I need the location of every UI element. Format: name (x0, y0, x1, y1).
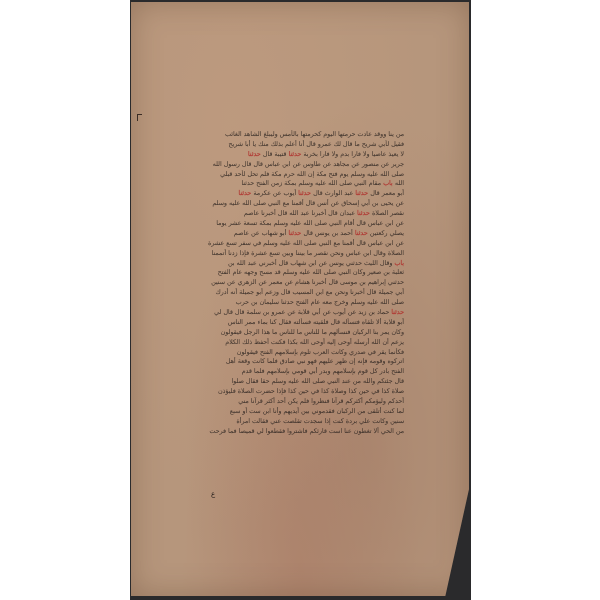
rubric-word: حدثنا (355, 230, 370, 237)
text-line: من ينا ووقد عادت حرمتها اليوم كحرمتها با… (194, 130, 404, 140)
text-line: لما كنت أتلقى من الركبان فقدموني بين أيد… (194, 407, 404, 417)
text-line: لا يعيذ عاصيا ولا فارا بدم ولا فارا بخرب… (194, 150, 404, 160)
text-line: الفتح بادر كل قوم بإسلامهم وبدر أبي قومي… (194, 367, 404, 377)
margin-mark (137, 114, 142, 121)
rubric-word: حدثنا (357, 210, 372, 217)
rubric-word: حدثنا (391, 309, 404, 316)
text-line: الله باب مقام النبي صلى الله عليه وسلم ب… (194, 179, 404, 189)
rubric-word: باب (383, 180, 395, 187)
text-line: عن يحيى بن أبي إسحاق عن أنس قال أقمنا مع… (194, 199, 404, 209)
text-line: صلاة كذا في حين كذا وصلاة كذا في حين كذا… (194, 387, 404, 397)
text-line: جرير عن منصور عن مجاهد عن طاوس عن ابن عب… (194, 160, 404, 170)
text-line: الصلاة وقال ابن عباس ونحن نقصر ما بيننا … (194, 249, 404, 259)
text-line: حدثني إبراهيم بن موسى قال أخبرنا هشام عن… (194, 278, 404, 288)
text-line: نقصر الصلاة حدثنا عبدان قال أخبرنا عبد ا… (194, 209, 404, 219)
rubric-word: حدثنا (248, 151, 263, 158)
rubric-word: حدثنا (288, 151, 303, 158)
text-line: صلى الله عليه وسلم وخرج معه عام الفتح حد… (194, 298, 404, 308)
text-line: من الحي ألا تغطون عنا است قارئكم فاشتروا… (194, 427, 404, 437)
text-line: فكأنما يقر في صدري وكانت العرب تلوم بإسل… (194, 348, 404, 358)
text-line: اتركوه وقومه فإنه إن ظهر عليهم فهو نبي ص… (194, 357, 404, 367)
text-line: وكان يمر بنا الركبان فنسألهم ما للناس ما… (194, 328, 404, 338)
text-line: سنين وكانت علي بردة كنت إذا سجدت تقلصت ع… (194, 417, 404, 427)
text-line: قال جئتكم والله من عند النبي صلى الله عل… (194, 377, 404, 387)
text-line: أبي جميلة قال أخبرنا ونحن مع ابن المسيب … (194, 288, 404, 298)
text-line: فقيل لأبي شريح ما قال لك عمرو قال أنا أع… (194, 140, 404, 150)
text-line: ثعلبة بن صعير وكان النبي صلى الله عليه و… (194, 268, 404, 278)
text-line: أحدكم وليؤمكم أكثركم قرآنا فنظروا فلم يك… (194, 397, 404, 407)
manuscript-text-block: من ينا ووقد عادت حرمتها اليوم كحرمتها با… (194, 130, 404, 437)
rubric-word: حدثنا (355, 190, 370, 197)
text-line: أبو معمر قال حدثنا عبد الوارث قال حدثنا … (194, 189, 404, 199)
text-line: حدثنا حماد بن زيد عن أيوب عن أبي قلابة ع… (194, 308, 404, 318)
text-line: عن ابن عباس قال أقام النبي صلى الله عليه… (194, 219, 404, 229)
rubric-word: حدثنا (298, 190, 313, 197)
catchword: ع (211, 490, 215, 498)
text-line: يزعم أن الله أرسله أوحى إليه أوحى الله ب… (194, 338, 404, 348)
text-line: باب وقال الليث حدثني يونس عن ابن شهاب قا… (194, 259, 404, 269)
text-line: يصلي ركعتين حدثنا أحمد بن يونس قال حدثنا… (194, 229, 404, 239)
manuscript-page: من ينا ووقد عادت حرمتها اليوم كحرمتها با… (131, 2, 469, 596)
rubric-word: حدثنا (238, 190, 253, 197)
text-line: صلى الله عليه وسلم يوم فتح مكة إن الله ح… (194, 170, 404, 180)
rubric-word: باب (394, 260, 404, 267)
text-line: أبو قلابة ألا تلقاه فتسأله قال فلقيته فس… (194, 318, 404, 328)
text-line: عن ابن عباس قال أقمنا مع النبي صلى الله … (194, 239, 404, 249)
rubric-word: حدثنا (288, 230, 303, 237)
